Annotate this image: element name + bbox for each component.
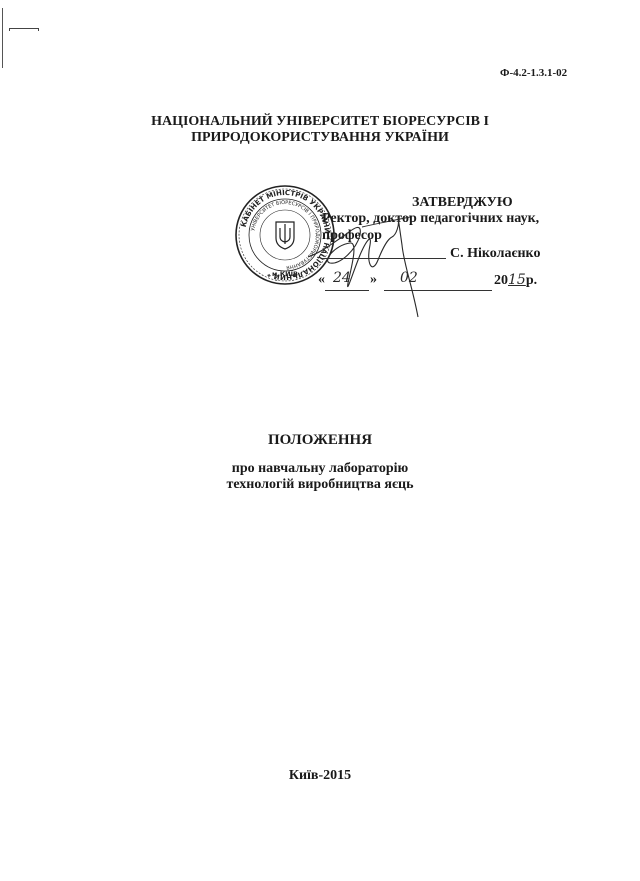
approver-name: С. Ніколаєнко xyxy=(450,246,540,262)
signature-icon xyxy=(300,205,460,320)
year-suffix: 15 xyxy=(508,272,526,288)
university-name-line1: НАЦІОНАЛЬНИЙ УНІВЕРСИТЕТ БІОРЕСУРСІВ І xyxy=(0,113,640,130)
document-title: ПОЛОЖЕННЯ xyxy=(0,432,640,449)
form-code: Ф-4.2-1.3.1-02 xyxy=(500,67,567,79)
document-subtitle-line1: про навчальну лабораторію xyxy=(0,460,640,477)
scan-edge-artifact xyxy=(2,8,3,68)
document-subtitle-line2: технологій виробництва яєць xyxy=(0,476,640,493)
city-year: Київ-2015 xyxy=(0,768,640,784)
staple-mark xyxy=(9,28,39,31)
year-unit: р. xyxy=(526,273,537,288)
approval-year: 2015р. xyxy=(494,272,537,289)
year-prefix: 20 xyxy=(494,273,508,288)
svg-text:м.КИЇВ: м.КИЇВ xyxy=(272,269,298,278)
university-name-line2: ПРИРОДОКОРИСТУВАННЯ УКРАЇНИ xyxy=(0,129,640,146)
